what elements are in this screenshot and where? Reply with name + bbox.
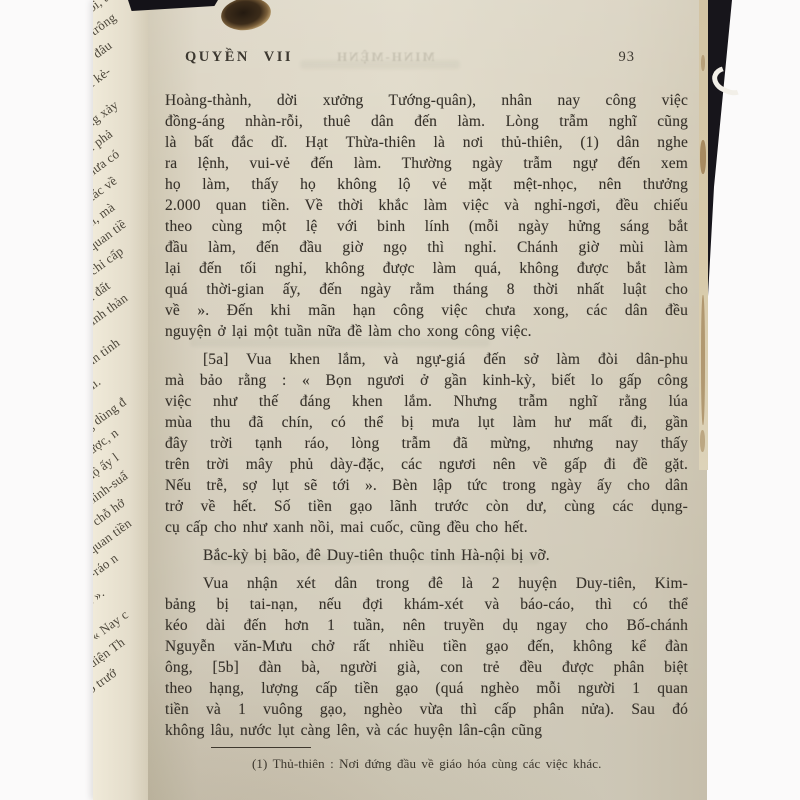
edge-stain	[700, 140, 706, 174]
book-page: QUYỀN VII MINH-MỆNH 93 Hoàng-thành, dời …	[148, 0, 707, 800]
text-line: lại đến tối nghỉ, không được làm quá, kh…	[165, 258, 688, 279]
curled-page-text-fragment: đào hồ trướ	[93, 665, 120, 715]
text-line: Bắc-kỳ bị bão, đê Duy-tiên thuộc tỉnh Hà…	[165, 545, 688, 566]
text-line: kéo dài đến hơn 1 tuần, nên truyền dụ ng…	[165, 615, 688, 636]
text-line: đồng-áng nhàn-rỗi, thuê dân đến làm. Lòn…	[165, 111, 688, 132]
text-line: việc như thế đáng khen lắm. Nhưng trẫm n…	[165, 391, 688, 412]
text-line: mà bảo rằng : « Bọn ngươi ở gần kinh-kỳ,…	[165, 370, 688, 391]
text-line: [5a] Vua khen lắm, và ngự-giá đến sở làm…	[165, 349, 688, 370]
text-line: không lâu, nước lụt càng lên, và các huy…	[165, 720, 688, 741]
text-line: đây trời tạnh ráo, lòng trẫm đã mừng, nh…	[165, 433, 688, 454]
text-line: tiền và 1 vuông gạo, nghèo vừa thì cấp p…	[165, 699, 688, 720]
page-edges	[699, 0, 708, 470]
text-line: cụ cấp cho như xanh nồi, mai cuốc, cũng …	[165, 517, 688, 538]
text-line: bảng bị tai-nạn, nếu đợi khám-xét và báo…	[165, 594, 688, 615]
text-line: mùa thu đã chín, có thể bị mưa lụt làm h…	[165, 412, 688, 433]
text-line: ra lệnh, vui-vẻ đến làm. Thường ngày trẫ…	[165, 153, 688, 174]
text-line: đầu làm, đến đầu giờ ngọ thì nghỉ. Chánh…	[165, 237, 688, 258]
book-photo: ằng : «Tại ksuy-đồi, àkhắp, trôngả, ngờ …	[0, 0, 800, 800]
text-line: trên trời mây phủ dày-đặc, các ngươi nên…	[165, 454, 688, 475]
edge-stain	[701, 295, 705, 425]
paragraph: Bắc-kỳ bị bão, đê Duy-tiên thuộc tỉnh Hà…	[165, 545, 688, 566]
page-header: QUYỀN VII MINH-MỆNH 93	[185, 46, 690, 68]
page-number: 93	[619, 49, 636, 66]
text-line: ông, [5b] đàn bà, người già, con trẻ đều…	[165, 657, 688, 678]
text-line: về ». Đến khi mãn hạn công việc chưa xon…	[165, 300, 688, 321]
text-line: Nếu trễ, sợ lụt sẽ tới ». Bèn lập tức tr…	[165, 475, 688, 496]
text-line: họ làm, thấy họ không lộ vẻ mặt mệt-nhọc…	[165, 174, 688, 195]
edge-stain	[701, 55, 705, 71]
text-line: Nguyễn văn-Mưu chở rất nhiều tiền gạo đế…	[165, 636, 688, 657]
text-line: theo hạng, lượng cấp tiền gạo (quá nghèo…	[165, 678, 688, 699]
text-line: 2.000 quan tiền. Về thời khắc làm việc v…	[165, 195, 688, 216]
text-line: là bất đắc dĩ. Hạt Thừa-thiên là nơi thủ…	[165, 132, 688, 153]
page-body: Hoàng-thành, dời xưởng Tướng-quân), nhân…	[165, 90, 688, 748]
text-line: theo cùng một lệ với binh lính (mỗi ngày…	[165, 216, 688, 237]
text-line: nguyện ở lại một tuần nữa đề làm cho xon…	[165, 321, 688, 342]
text-line: Vua nhận xét dân trong đê là 2 huyện Duy…	[165, 573, 688, 594]
paragraph: [5a] Vua khen lắm, và ngự-giá đến sở làm…	[165, 349, 688, 538]
edge-stain	[700, 430, 705, 452]
bleed-through-text: MINH-MỆNH	[335, 49, 435, 65]
paragraph: Hoàng-thành, dời xưởng Tướng-quân), nhân…	[165, 90, 688, 342]
footnote: (1) Thủ-thiên : Nơi đứng đầu về giáo hóa…	[252, 756, 688, 772]
volume-label: QUYỀN VII	[185, 49, 293, 66]
text-line: trở về hết. Số tiền gạo lãnh trước còn d…	[165, 496, 688, 517]
footnote-separator	[211, 747, 311, 748]
text-line: quá thời-gian ấy, đến ngày rằm tháng 8 t…	[165, 279, 688, 300]
paragraph: Vua nhận xét dân trong đê là 2 huyện Duy…	[165, 573, 688, 741]
text-line: Hoàng-thành, dời xưởng Tướng-quân), nhân…	[165, 90, 688, 111]
